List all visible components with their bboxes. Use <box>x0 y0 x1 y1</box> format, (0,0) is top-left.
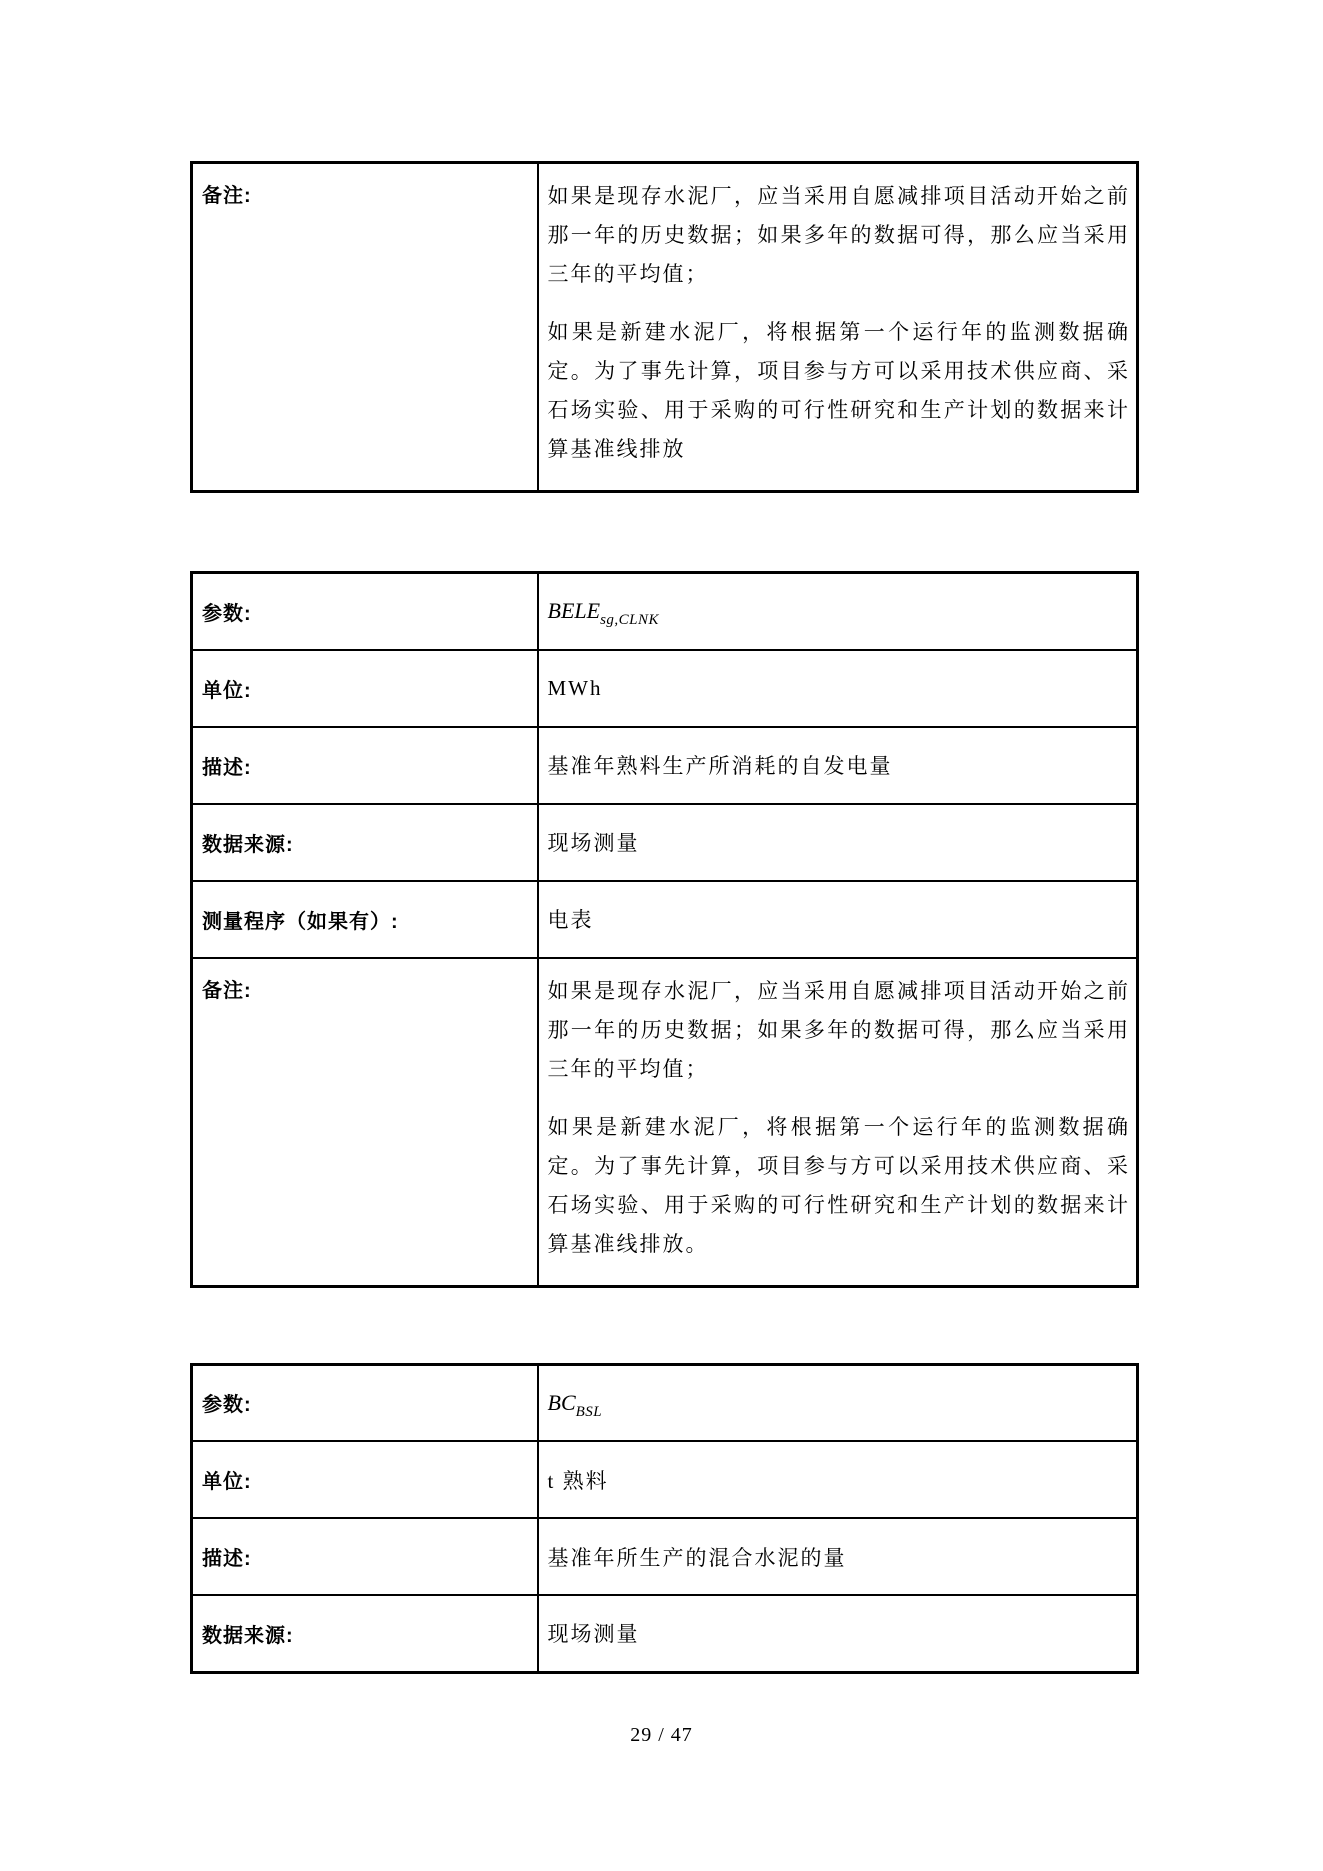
parameter-value-cell: BELEsg,CLNK <box>538 573 1138 650</box>
row-label-measurement-procedure: 测量程序（如果有）: <box>192 881 538 958</box>
data-source-value-cell: 现场测量 <box>538 804 1138 881</box>
row-label-unit: 单位: <box>192 650 538 727</box>
parameter-formula: BCBSL <box>548 1390 603 1415</box>
row-label-data-source: 数据来源: <box>192 804 538 881</box>
description-value-cell: 基准年熟料生产所消耗的自发电量 <box>538 727 1138 804</box>
remarks-cell: 如果是现存水泥厂，应当采用自愿减排项目活动开始之前那一年的历史数据；如果多年的数… <box>538 163 1138 492</box>
row-label-data-source: 数据来源: <box>192 1595 538 1672</box>
parameter-table-bele: 参数: BELEsg,CLNK 单位: MWh 描述: 基准年熟料生产所消耗的自… <box>190 571 1139 1288</box>
parameter-value-cell: BCBSL <box>538 1364 1138 1441</box>
table-row: 备注: 如果是现存水泥厂，应当采用自愿减排项目活动开始之前那一年的历史数据；如果… <box>192 958 1138 1287</box>
row-label-parameter: 参数: <box>192 573 538 650</box>
table-row: 备注: 如果是现存水泥厂，应当采用自愿减排项目活动开始之前那一年的历史数据；如果… <box>192 163 1138 492</box>
remark-paragraph: 如果是新建水泥厂，将根据第一个运行年的监测数据确定。为了事先计算，项目参与方可以… <box>548 1108 1131 1264</box>
document-page: 备注: 如果是现存水泥厂，应当采用自愿减排项目活动开始之前那一年的历史数据；如果… <box>0 0 1323 1871</box>
row-label-remarks: 备注: <box>192 163 538 492</box>
table-row: 参数: BCBSL <box>192 1364 1138 1441</box>
unit-value-cell: MWh <box>538 650 1138 727</box>
page-number: 29 / 47 <box>0 1724 1323 1747</box>
parameter-subscript: BSL <box>576 1404 603 1420</box>
description-value-cell: 基准年所生产的混合水泥的量 <box>538 1518 1138 1595</box>
table-row: 参数: BELEsg,CLNK <box>192 573 1138 650</box>
remarks-cell: 如果是现存水泥厂，应当采用自愿减排项目活动开始之前那一年的历史数据；如果多年的数… <box>538 958 1138 1287</box>
remark-paragraph: 如果是现存水泥厂，应当采用自愿减排项目活动开始之前那一年的历史数据；如果多年的数… <box>548 177 1131 294</box>
table-row: 测量程序（如果有）: 电表 <box>192 881 1138 958</box>
parameter-subscript: sg,CLNK <box>600 612 659 628</box>
remark-paragraph: 如果是新建水泥厂，将根据第一个运行年的监测数据确定。为了事先计算，项目参与方可以… <box>548 313 1131 469</box>
table-row: 数据来源: 现场测量 <box>192 804 1138 881</box>
table-row: 描述: 基准年熟料生产所消耗的自发电量 <box>192 727 1138 804</box>
remarks-table: 备注: 如果是现存水泥厂，应当采用自愿减排项目活动开始之前那一年的历史数据；如果… <box>190 161 1139 493</box>
table-row: 单位: MWh <box>192 650 1138 727</box>
measurement-procedure-value-cell: 电表 <box>538 881 1138 958</box>
data-source-value-cell: 现场测量 <box>538 1595 1138 1672</box>
table-row: 单位: t 熟料 <box>192 1441 1138 1518</box>
parameter-table-bc: 参数: BCBSL 单位: t 熟料 描述: 基准年所生产的混合水泥的量 数据来… <box>190 1363 1139 1674</box>
remark-paragraph: 如果是现存水泥厂，应当采用自愿减排项目活动开始之前那一年的历史数据；如果多年的数… <box>548 972 1131 1089</box>
table-row: 描述: 基准年所生产的混合水泥的量 <box>192 1518 1138 1595</box>
row-label-description: 描述: <box>192 727 538 804</box>
table-row: 数据来源: 现场测量 <box>192 1595 1138 1672</box>
row-label-remarks: 备注: <box>192 958 538 1287</box>
row-label-description: 描述: <box>192 1518 538 1595</box>
parameter-formula: BELEsg,CLNK <box>548 598 660 623</box>
unit-value-cell: t 熟料 <box>538 1441 1138 1518</box>
row-label-parameter: 参数: <box>192 1364 538 1441</box>
row-label-unit: 单位: <box>192 1441 538 1518</box>
